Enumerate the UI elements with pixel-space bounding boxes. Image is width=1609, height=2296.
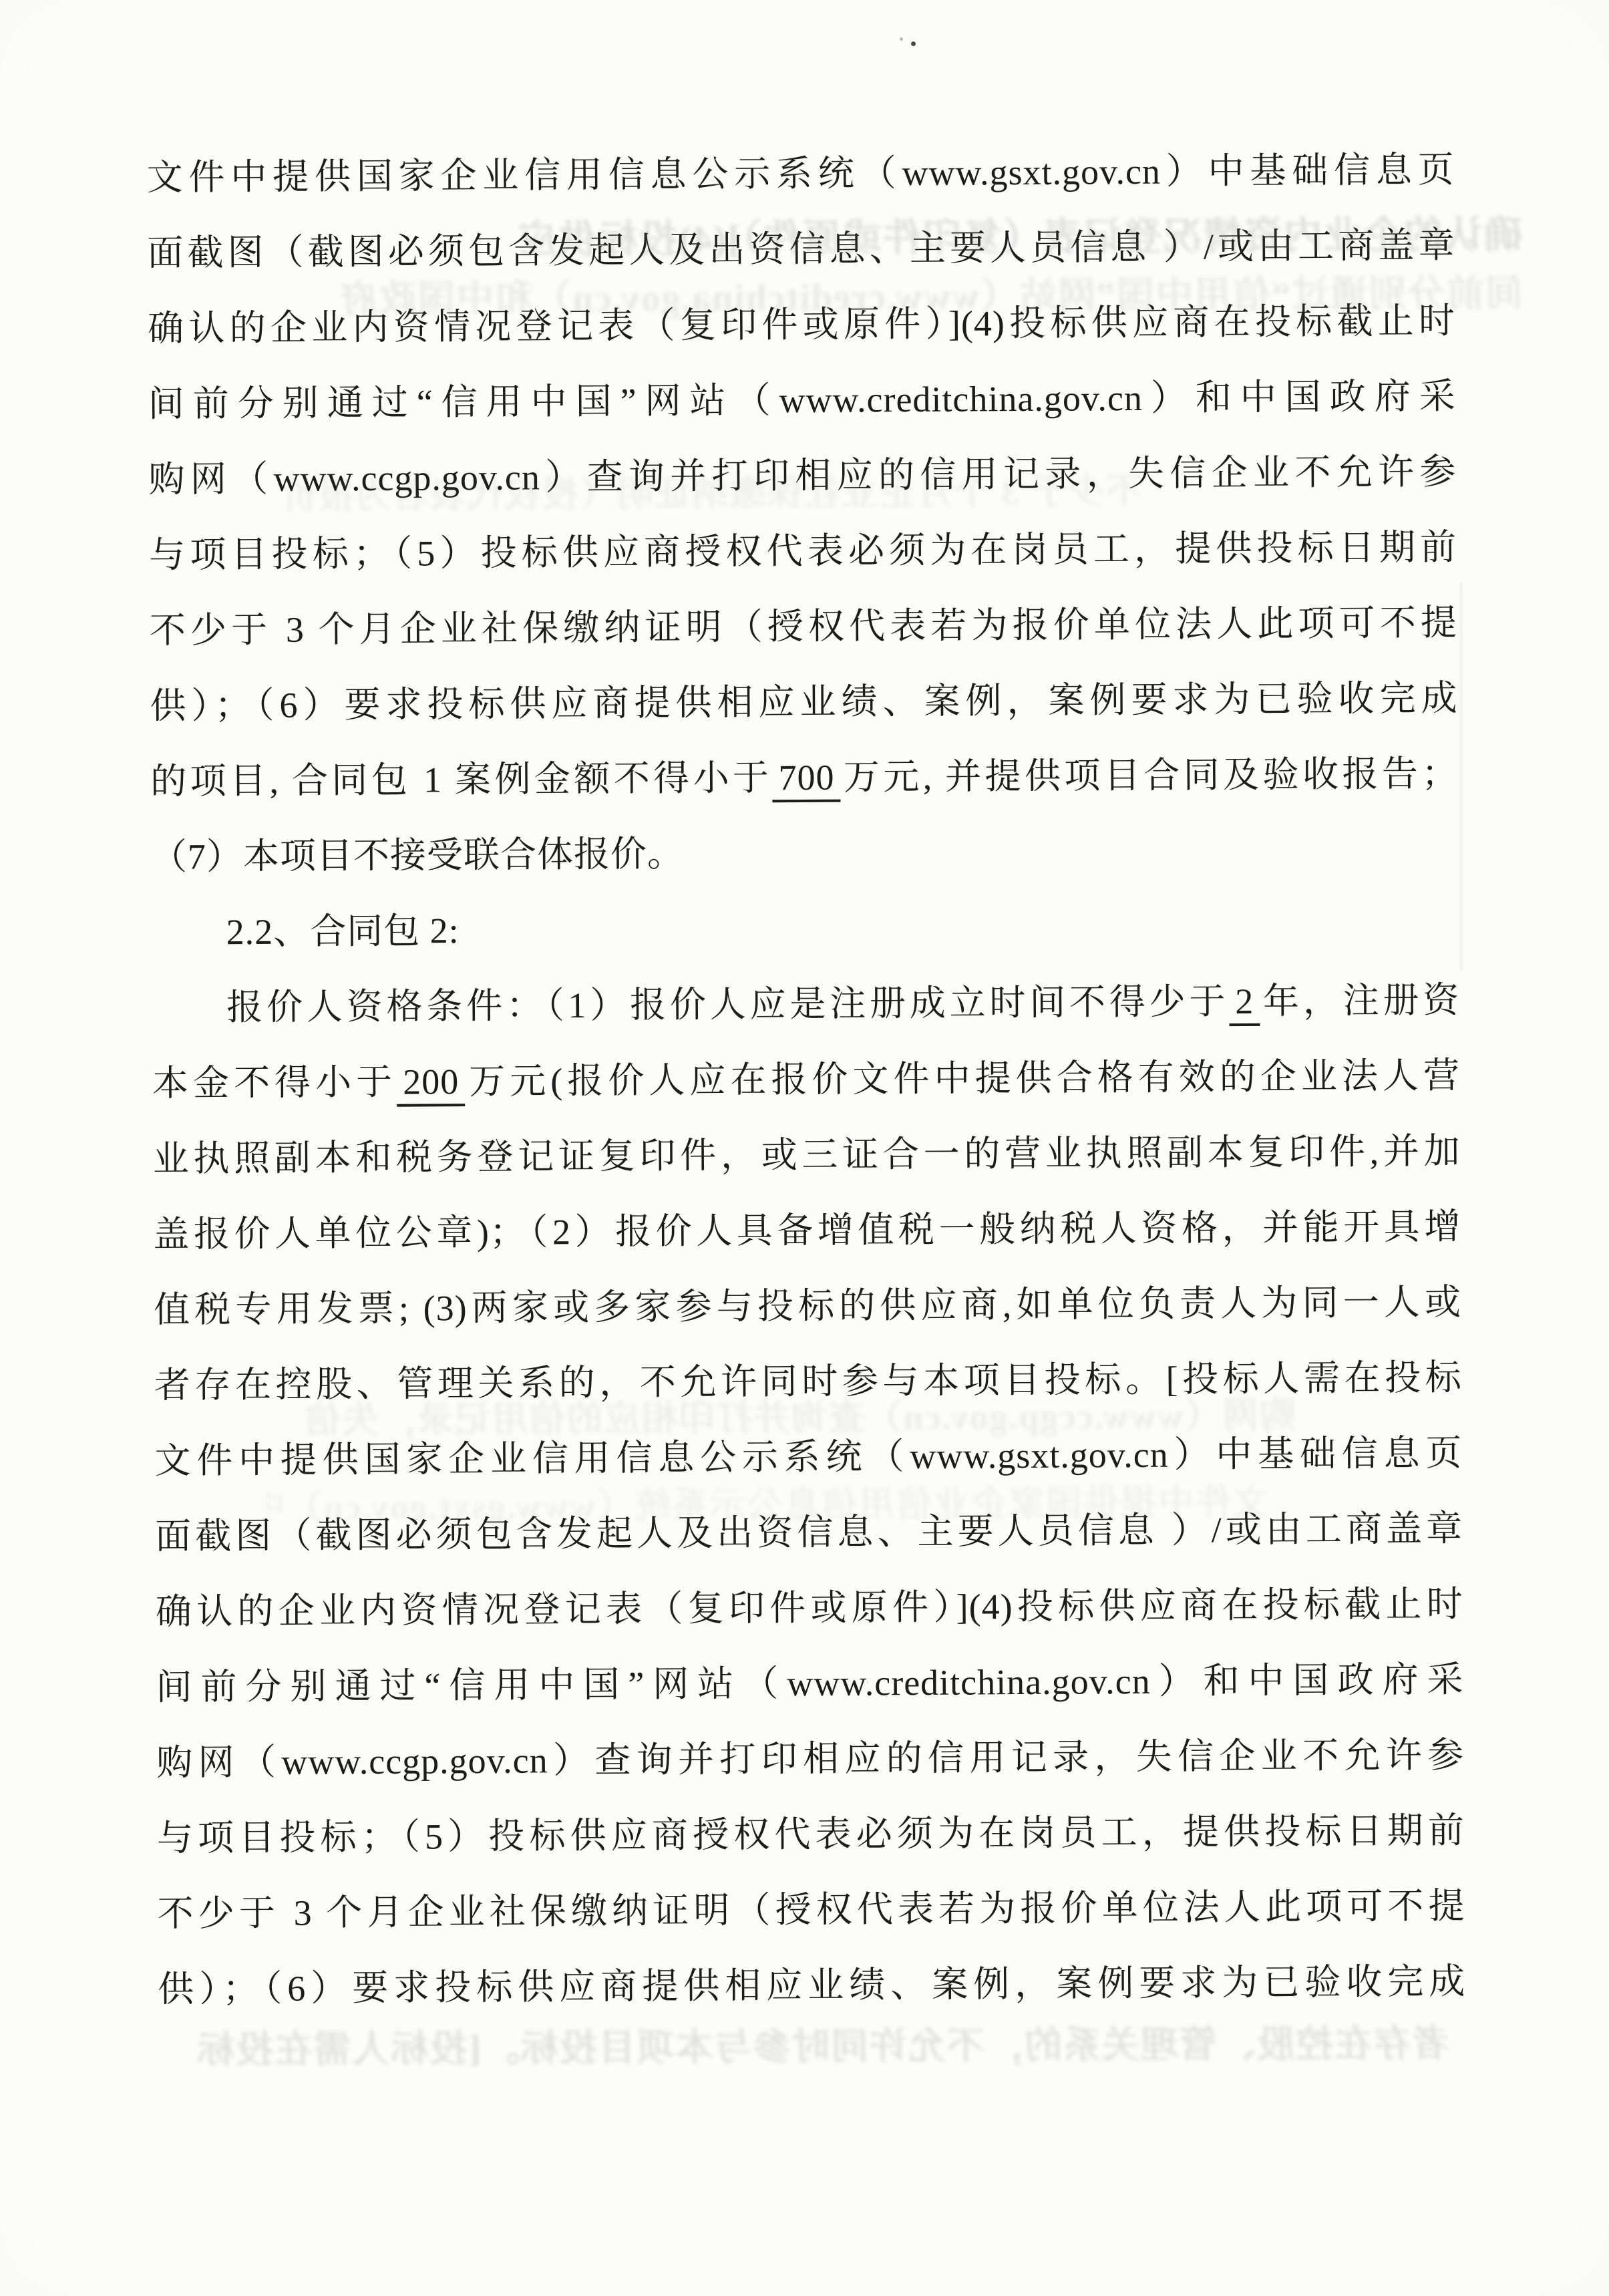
- line-segment: 业执照副本和税务登记证复印件，或三证合一的营业执照副本复印件,并加: [153, 1131, 1461, 1179]
- line-segment: 者存在控股、管理关系的，不允许同时参与本项目投标。[投标人需在投标: [154, 1357, 1462, 1406]
- text-line-11: 2.2、合同包 2:: [151, 887, 1459, 971]
- document-page: 文件中提供国家企业信用信息公示系统（www.gsxt.gov.cn）中基础信息页…: [0, 0, 1609, 2296]
- text-line-20: 确认的企业内资情况登记表（复印件或原件）](4)投标供应商在投标截止时: [156, 1567, 1464, 1650]
- line-segment: 面截图（截图必须包含发起人及出资信息、主要人员信息 ）/或由工商盖章: [155, 1508, 1463, 1556]
- text-line-14: 业执照副本和税务登记证复印件，或三证合一的营业执照副本复印件,并加: [152, 1114, 1461, 1197]
- text-line-2: 面截图（截图必须包含发起人及出资信息、主要人员信息 ）/或由工商盖章: [147, 208, 1455, 291]
- underlined-value: 700: [772, 758, 840, 803]
- line-segment: 购网（www.ccgp.gov.cn）查询并打印相应的信用记录，失信企业不允许参: [156, 1735, 1464, 1783]
- line-segment: 购网（www.ccgp.gov.cn）查询并打印相应的信用记录，失信企业不允许参: [148, 452, 1456, 500]
- text-line-19: 面截图（截图必须包含发起人及出资信息、主要人员信息 ）/或由工商盖章: [155, 1491, 1463, 1575]
- ink-speck-2: [900, 37, 903, 41]
- text-line-18: 文件中提供国家企业信用信息公示系统（www.gsxt.gov.cn）中基础信息页: [154, 1416, 1463, 1499]
- line-segment: 与项目投标；（5）投标供应商授权代表必须为在岗员工，提供投标日期前: [149, 527, 1457, 575]
- line-segment: 供）；（6）要求投标供应商提供相应业绩、案例，案例要求为已验收完成: [158, 1961, 1465, 2009]
- line-segment: 万元(报价人应在报价文件中提供合格有效的企业法人营: [465, 1055, 1460, 1102]
- line-segment: 与项目投标；（5）投标供应商授权代表必须为在岗员工，提供投标日期前: [157, 1810, 1465, 1858]
- line-segment: 间前分别通过“信用中国”网站（www.creditchina.gov.cn）和中…: [156, 1659, 1463, 1707]
- text-line-25: 供）；（6）要求投标供应商提供相应业绩、案例，案例要求为已验收完成: [158, 1944, 1466, 2027]
- ink-speck-1: [911, 41, 916, 46]
- text-line-1: 文件中提供国家企业信用信息公示系统（www.gsxt.gov.cn）中基础信息页: [146, 132, 1455, 216]
- text-line-13: 本金不得小于200万元(报价人应在报价文件中提供合格有效的企业法人营: [152, 1038, 1461, 1122]
- line-segment: 文件中提供国家企业信用信息公示系统（www.gsxt.gov.cn）中基础信息页: [147, 150, 1455, 198]
- text-line-23: 与项目投标；（5）投标供应商授权代表必须为在岗员工，提供投标日期前: [157, 1793, 1465, 1876]
- text-line-8: 供）；（6）要求投标供应商提供相应业绩、案例，案例要求为已验收完成: [150, 661, 1458, 744]
- text-line-21: 间前分别通过“信用中国”网站（www.creditchina.gov.cn）和中…: [156, 1642, 1464, 1726]
- line-segment: （7）本项目不接受联合体报价。: [151, 834, 684, 877]
- text-line-15: 盖报价人单位公章)；（2）报价人具备增值税一般纳税人资格，并能开具增: [153, 1189, 1461, 1273]
- line-segment: 供）；（6）要求投标供应商提供相应业绩、案例，案例要求为已验收完成: [150, 678, 1457, 726]
- text-line-4: 间前分别通过“信用中国”网站（www.creditchina.gov.cn）和中…: [148, 359, 1456, 442]
- text-line-22: 购网（www.ccgp.gov.cn）查询并打印相应的信用记录，失信企业不允许参: [156, 1717, 1465, 1801]
- underlined-value: 200: [397, 1061, 465, 1107]
- text-line-16: 值税专用发票; (3)两家或多家参与投标的供应商,如单位负责人为同一人或: [154, 1265, 1462, 1348]
- line-segment: 面截图（截图必须包含发起人及出资信息、主要人员信息 ）/或由工商盖章: [147, 225, 1455, 273]
- text-line-6: 与项目投标；（5）投标供应商授权代表必须为在岗员工，提供投标日期前: [149, 510, 1457, 593]
- text-block: 文件中提供国家企业信用信息公示系统（www.gsxt.gov.cn）中基础信息页…: [146, 132, 1465, 2027]
- line-segment: 万元, 并提供项目合同及验收报告；: [840, 754, 1458, 798]
- line-segment: 间前分别通过“信用中国”网站（www.creditchina.gov.cn）和中…: [148, 376, 1456, 424]
- text-line-5: 购网（www.ccgp.gov.cn）查询并打印相应的信用记录，失信企业不允许参: [148, 434, 1457, 518]
- text-line-7: 不少于 3 个月企业社保缴纳证明（授权代表若为报价单位法人此项可不提: [150, 585, 1458, 669]
- line-segment: 确认的企业内资情况登记表（复印件或原件）](4)投标供应商在投标截止时: [156, 1584, 1463, 1632]
- line-segment: 的项目, 合同包 1 案例金额不得小于: [150, 758, 773, 802]
- line-segment: 报价人资格条件：（1）报价人应是注册成立时间不得少于: [226, 981, 1229, 1027]
- text-line-10: （7）本项目不接受联合体报价。: [151, 812, 1459, 895]
- bleedthrough-table-rule: [1460, 583, 1462, 970]
- line-segment: 文件中提供国家企业信用信息公示系统（www.gsxt.gov.cn）中基础信息页: [154, 1433, 1462, 1481]
- underlined-value: 2: [1229, 981, 1260, 1026]
- text-line-24: 不少于 3 个月企业社保缴纳证明（授权代表若为报价单位法人此项可不提: [157, 1868, 1465, 1952]
- line-segment: 本金不得小于: [152, 1062, 397, 1104]
- text-line-12: 报价人资格条件：（1）报价人应是注册成立时间不得少于2年，注册资: [152, 963, 1460, 1046]
- line-segment: 确认的企业内资情况登记表（复印件或原件）](4)投标供应商在投标截止时: [148, 301, 1455, 349]
- line-segment: 年，注册资: [1260, 980, 1459, 1021]
- text-line-17: 者存在控股、管理关系的，不允许同时参与本项目投标。[投标人需在投标: [154, 1340, 1462, 1424]
- line-segment: 值税专用发票; (3)两家或多家参与投标的供应商,如单位负责人为同一人或: [154, 1282, 1461, 1330]
- line-segment: 不少于 3 个月企业社保缴纳证明（授权代表若为报价单位法人此项可不提: [150, 603, 1457, 651]
- text-line-3: 确认的企业内资情况登记表（复印件或原件）](4)投标供应商在投标截止时: [148, 283, 1456, 367]
- line-segment: 不少于 3 个月企业社保缴纳证明（授权代表若为报价单位法人此项可不提: [157, 1886, 1465, 1934]
- line-segment: 2.2、合同包 2:: [226, 911, 459, 952]
- line-segment: 盖报价人单位公章)；（2）报价人具备增值税一般纳税人资格，并能开具增: [153, 1206, 1461, 1255]
- text-line-9: 的项目, 合同包 1 案例金额不得小于700万元, 并提供项目合同及验收报告；: [150, 736, 1459, 820]
